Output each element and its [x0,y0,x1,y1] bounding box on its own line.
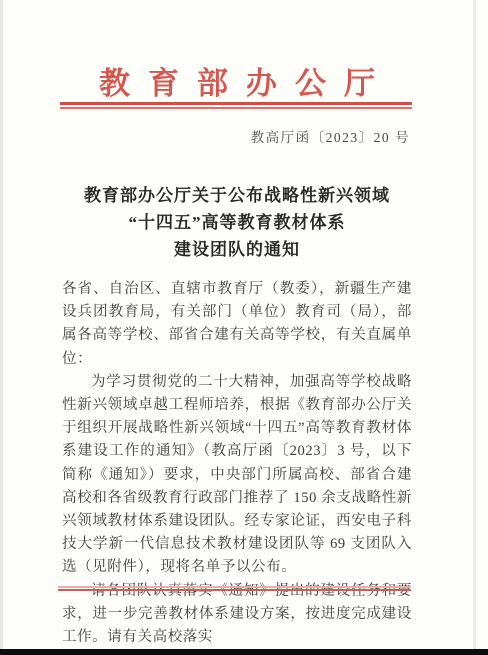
doc-title: 教育部办公厅关于公布战略性新兴领域 “十四五”高等教育教材体系 建设团队的通知 [62,182,412,263]
header-divider-thin-rule [60,107,412,109]
footer-divider-thick-rule [58,589,411,592]
body-paragraph-addressees: 各省、自治区、直辖市教育厅（教委），新疆生产建设兵团教育局，有关部门（单位）教育… [62,278,412,371]
page-right-edge [473,0,476,655]
doc-number: 教高厅函〔2023〕20 号 [251,126,410,146]
doc-title-line-2: “十四五”高等教育教材体系 [62,209,412,236]
doc-title-line-3: 建设团队的通知 [62,236,412,263]
page-left-edge [0,0,3,655]
org-header: 教育部办公厅 [62,58,412,103]
page-bottom-edge [0,649,488,655]
body-paragraph-main: 为学习贯彻党的二十大精神，加强高等学校战略性新兴领域卓越工程师培养，根据《教育部… [62,371,412,580]
doc-title-line-1: 教育部办公厅关于公布战略性新兴领域 [62,182,412,209]
footer-divider-thin-rule [58,586,411,588]
footer-divider [58,586,411,591]
header-divider-thick-rule [60,102,412,105]
document-body: 各省、自治区、直辖市教育厅（教委），新疆生产建设兵团教育局，有关部门（单位）教育… [62,278,412,649]
header-divider [60,102,412,109]
document-page: 教育部办公厅 教高厅函〔2023〕20 号 教育部办公厅关于公布战略性新兴领域 … [0,0,488,655]
